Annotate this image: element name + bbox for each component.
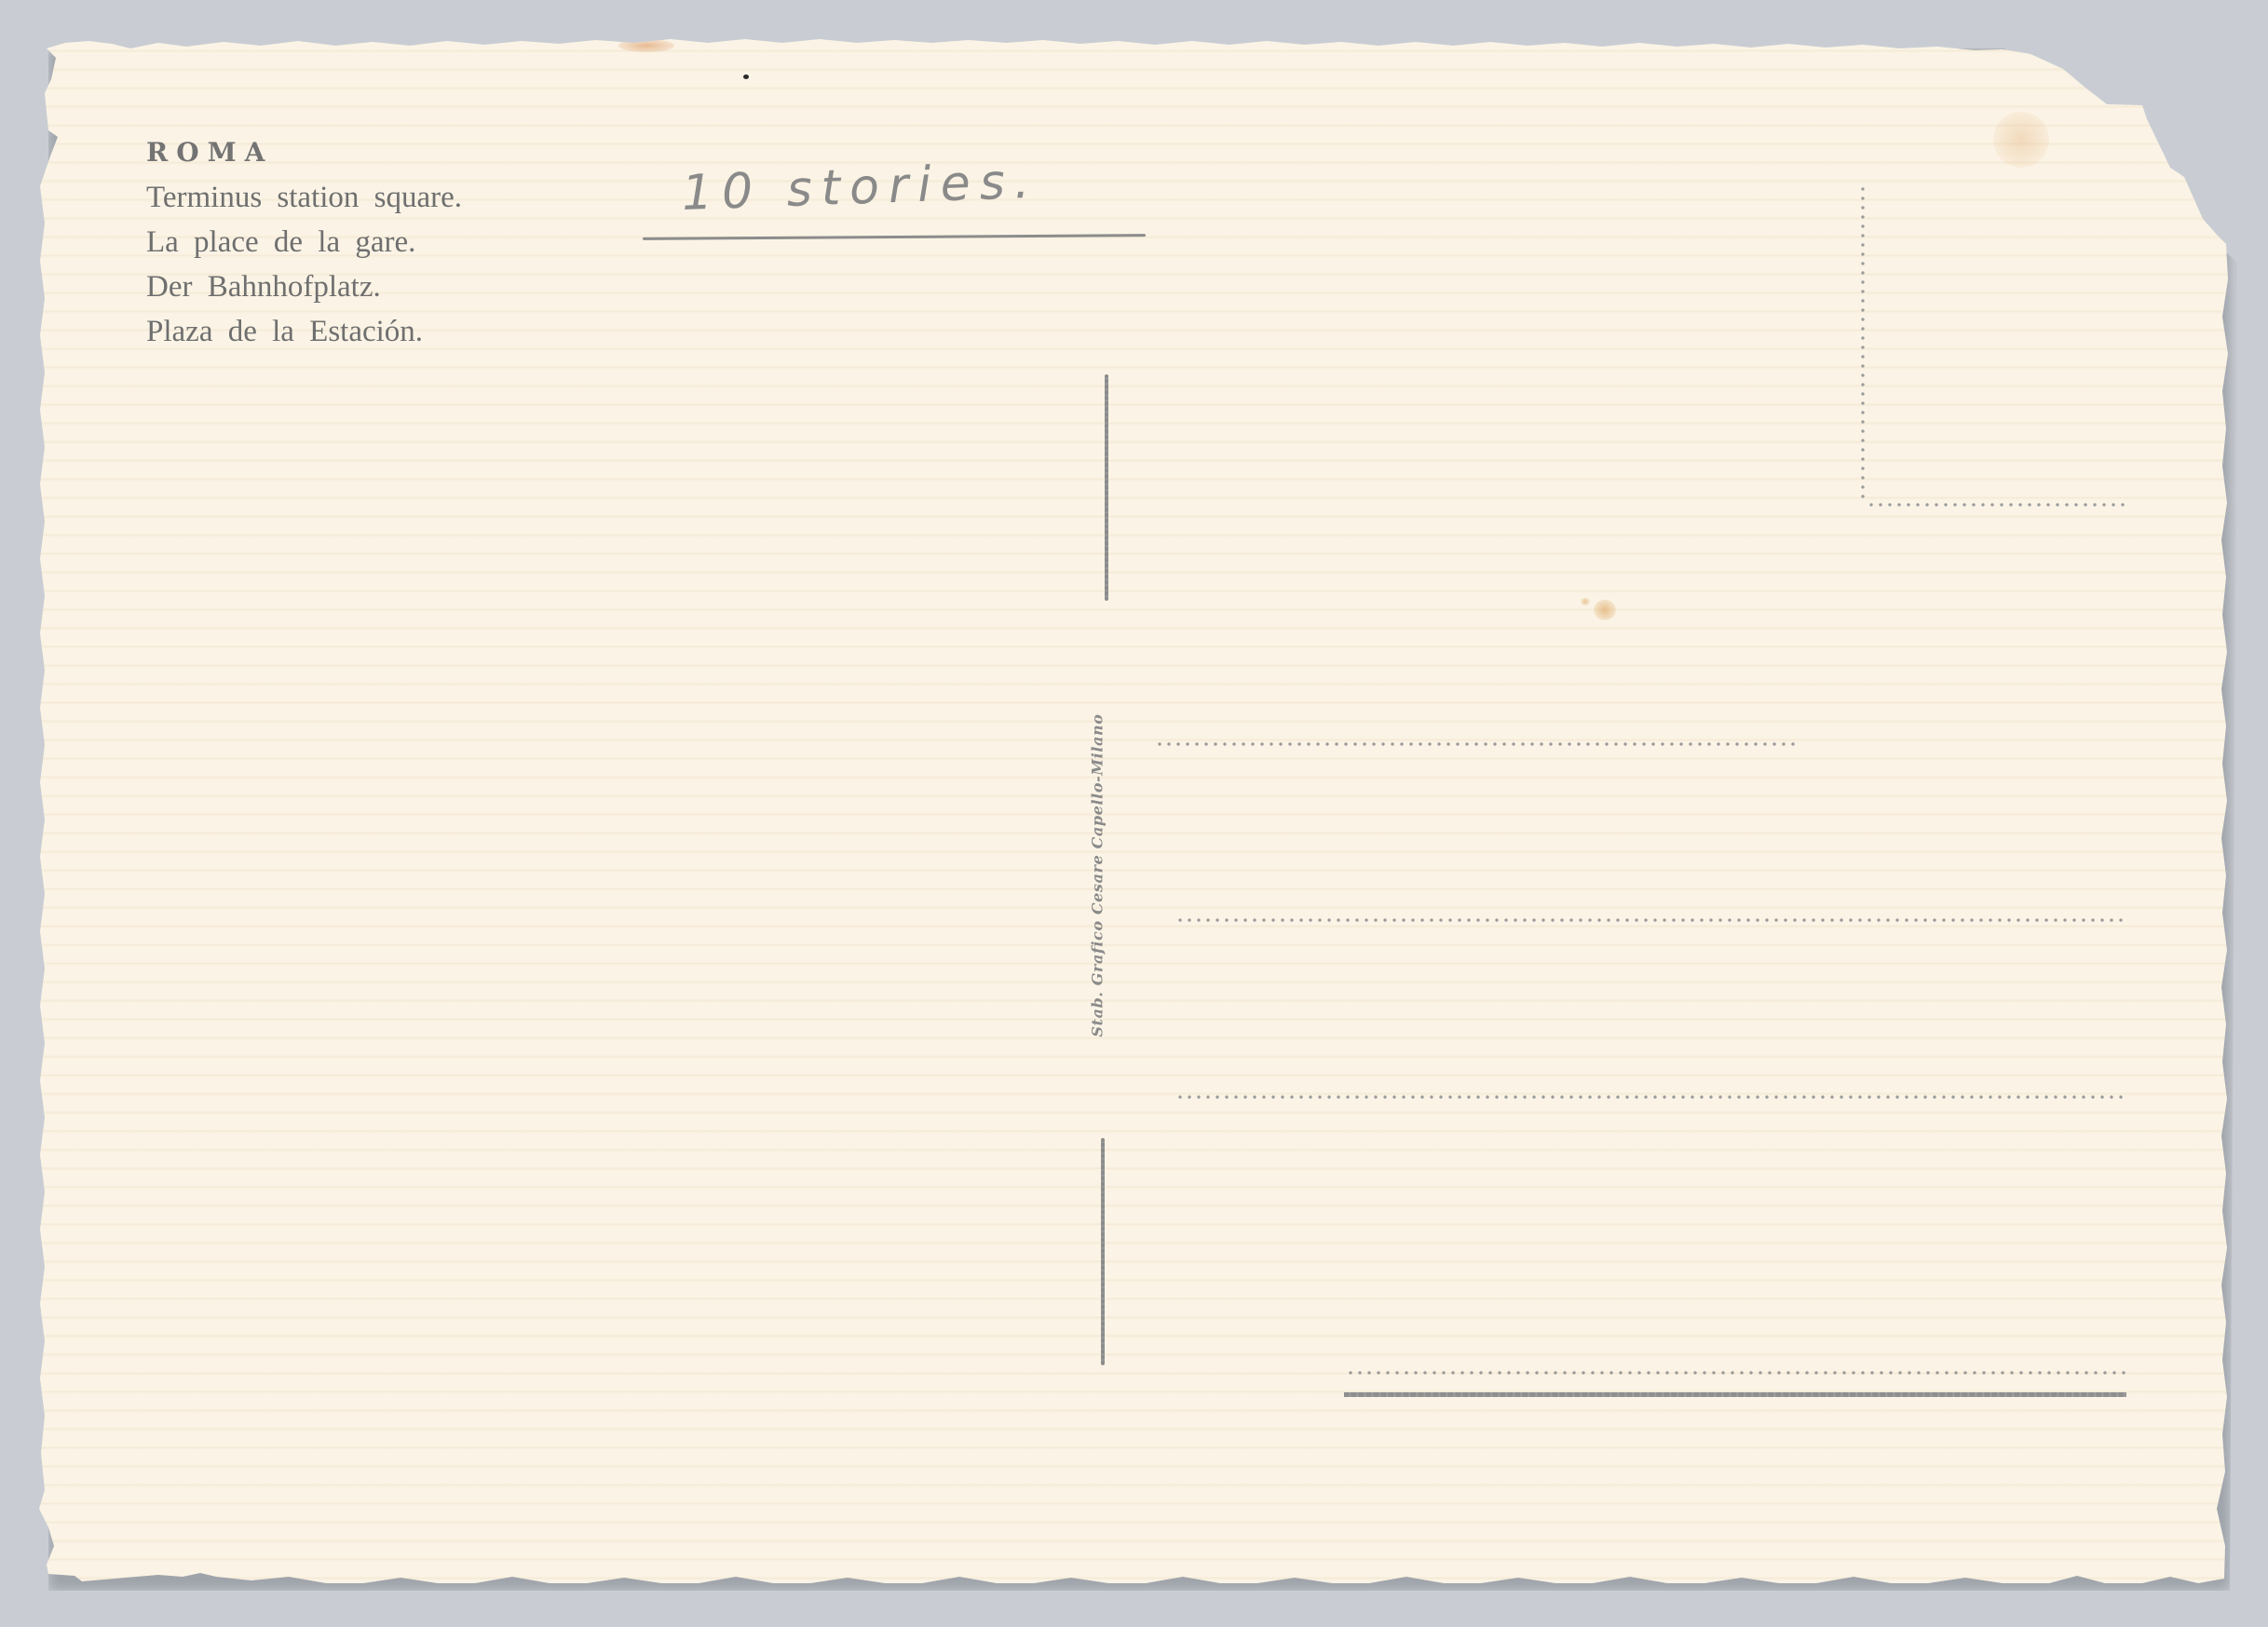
caption-line-spanish: Plaza de la Estación. bbox=[146, 309, 462, 354]
stamp-box-left-edge bbox=[1861, 184, 1865, 501]
center-divider-top bbox=[1105, 374, 1108, 601]
postcard-back: ROMA Terminus station square. La place d… bbox=[0, 0, 2268, 1627]
caption-line-french: La place de la gare. bbox=[146, 220, 462, 264]
address-line-2 bbox=[1175, 918, 2126, 922]
dirt-speck bbox=[743, 75, 749, 79]
foxing-stain bbox=[618, 39, 674, 52]
caption-line-german: Der Bahnhofplatz. bbox=[146, 264, 462, 309]
center-divider-bottom bbox=[1101, 1138, 1105, 1365]
caption-line-english: Terminus station square. bbox=[146, 175, 462, 220]
stamp-box-bottom-edge bbox=[1867, 503, 2126, 507]
address-line-4-underline bbox=[1344, 1392, 2126, 1397]
handwritten-note: 10 stories. bbox=[681, 154, 1039, 222]
address-line-4 bbox=[1346, 1371, 2126, 1375]
handwritten-underline bbox=[643, 234, 1146, 240]
address-line-3 bbox=[1175, 1095, 2126, 1099]
foxing-spot bbox=[1594, 600, 1616, 620]
foxing-spot bbox=[1581, 598, 1590, 605]
publisher-imprint-text: Stab. Grafico Cesare Capello-Milano bbox=[1089, 714, 1107, 1037]
address-line-1 bbox=[1155, 742, 1798, 746]
foxing-stain bbox=[1993, 112, 2049, 168]
printed-caption: ROMA Terminus station square. La place d… bbox=[146, 130, 462, 354]
caption-title: ROMA bbox=[146, 130, 462, 175]
